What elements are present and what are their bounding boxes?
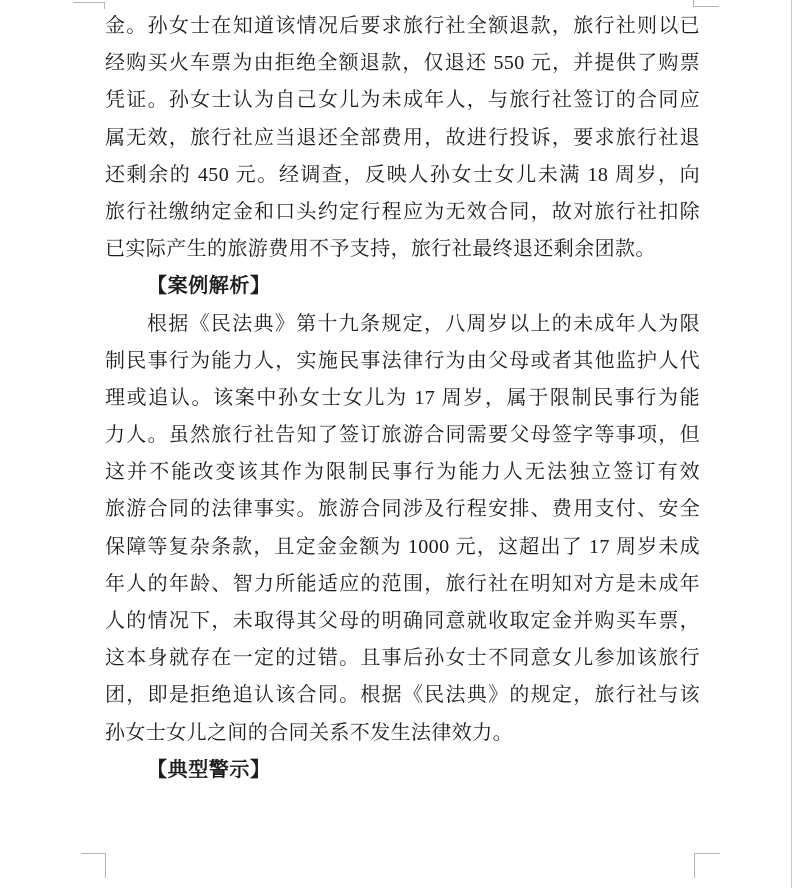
document-line[interactable]: 这并不能改变该其作为限制民事行为能力人无法独立签订有效 [105,454,700,491]
document-line[interactable]: 属无效，旅行社应当退还全部费用，故进行投诉，要求旅行社退 [105,120,700,157]
document-text-area[interactable]: 金。孙女士在知道该情况后要求旅行社全额退款，旅行社则以已 经购买火车票为由拒绝全… [105,8,700,789]
document-line[interactable]: 旅游合同的法律事实。旅游合同涉及行程安排、费用支付、安全 [105,491,700,528]
document-line[interactable]: 制民事行为能力人，实施民事法律行为由父母或者其他监护人代 [105,343,700,380]
document-line[interactable]: 凭证。孙女士认为自己女儿为未成年人，与旅行社签订的合同应 [105,82,700,119]
page-right-edge [791,0,792,888]
document-line[interactable]: 这本身就存在一定的过错。且事后孙女士不同意女儿参加该旅行 [105,640,700,677]
text-boundary-mark-bottom-right [694,853,720,878]
text-boundary-mark-top-left [73,2,105,9]
document-line[interactable]: 保障等复杂条款，且定金金额为 1000 元，这超出了 17 周岁未成 [105,529,700,566]
document-line[interactable]: 团，即是拒绝追认该合同。根据《民法典》的规定，旅行社与该 [105,677,700,714]
document-line[interactable]: 力人。虽然旅行社告知了签订旅游合同需要父母签字等事项，但 [105,417,700,454]
document-line[interactable]: 孙女士女儿之间的合同关系不发生法律效力。 [105,715,700,752]
document-line[interactable]: 经购买火车票为由拒绝全额退款，仅退还 550 元，并提供了购票 [105,45,700,82]
document-page: 金。孙女士在知道该情况后要求旅行社全额退款，旅行社则以已 经购买火车票为由拒绝全… [0,0,794,888]
document-line[interactable]: 根据《民法典》第十九条规定，八周岁以上的未成年人为限 [105,306,700,343]
document-line[interactable]: 已实际产生的旅游费用不予支持，旅行社最终退还剩余团款。 [105,231,700,268]
section-heading-case-analysis[interactable]: 【案例解析】 [105,268,700,305]
document-line[interactable]: 人的情况下，未取得其父母的明确同意就收取定金并购买车票， [105,603,700,640]
text-boundary-mark-bottom-left [81,853,106,878]
document-line[interactable]: 金。孙女士在知道该情况后要求旅行社全额退款，旅行社则以已 [105,8,700,45]
document-line[interactable]: 理或追认。该案中孙女士女儿为 17 周岁，属于限制民事行为能 [105,380,700,417]
document-line[interactable]: 年人的年龄、智力所能适应的范围，旅行社在明知对方是未成年 [105,566,700,603]
document-line[interactable]: 旅行社缴纳定金和口头约定行程应为无效合同，故对旅行社扣除 [105,194,700,231]
document-line[interactable]: 还剩余的 450 元。经调查，反映人孙女士女儿未满 18 周岁，向 [105,157,700,194]
section-heading-typical-warning[interactable]: 【典型警示】 [105,752,700,789]
text-boundary-mark-top-right [693,0,719,7]
